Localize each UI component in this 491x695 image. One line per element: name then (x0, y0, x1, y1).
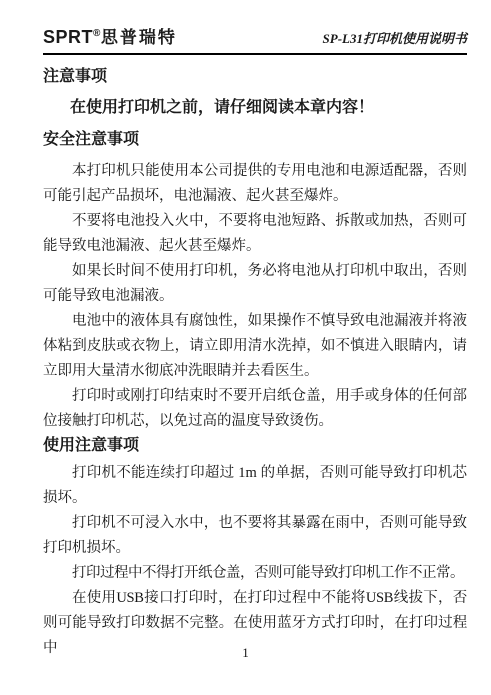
notice-text: 在使用打印机之前，请仔细阅读本章内容！ (43, 99, 467, 117)
paragraph: 打印时或刚打印结束时不要开启纸仓盖，用手或身体的任何部位接触打印机芯，以免过高的… (43, 384, 467, 434)
page-header: SPRT®思普瑞特 SP-L31打印机使用说明书 (43, 28, 467, 55)
manual-page: SPRT®思普瑞特 SP-L31打印机使用说明书 注意事项 在使用打印机之前，请… (0, 0, 491, 695)
paragraph: 电池中的液体具有腐蚀性，如果操作不慎导致电池漏液并将液体粘到皮肤或衣物上，请立即… (43, 309, 467, 384)
paragraph: 打印机不能连续打印超过 1m 的单据，否则可能导致打印机芯损坏。 (43, 461, 467, 511)
paragraph: 打印过程中不得打开纸仓盖，否则可能导致打印机工作不正常。 (43, 561, 467, 586)
section-heading-usage: 使用注意事项 (43, 437, 467, 454)
page-title: 注意事项 (43, 68, 467, 85)
brand-logo-cn: 思普瑞特 (101, 28, 177, 47)
document-title: SP-L31打印机使用说明书 (323, 32, 467, 45)
paragraph: 不要将电池投入火中，不要将电池短路、拆散或加热，否则可能导致电池漏液、起火甚至爆… (43, 209, 467, 259)
section-heading-safety: 安全注意事项 (43, 131, 467, 148)
paragraph: 打印机不可浸入水中，也不要将其暴露在雨中，否则可能导致打印机损坏。 (43, 511, 467, 561)
page-number: 1 (0, 645, 491, 661)
brand-logo-en: SPRT (43, 27, 93, 47)
registered-trademark-icon: ® (93, 28, 101, 39)
brand-logo: SPRT®思普瑞特 (43, 28, 177, 47)
paragraph: 如果长时间不使用打印机，务必将电池从打印机中取出，否则可能导致电池漏液。 (43, 259, 467, 309)
paragraph: 本打印机只能使用本公司提供的专用电池和电源适配器，否则可能引起产品损坏，电池漏液… (43, 159, 467, 209)
